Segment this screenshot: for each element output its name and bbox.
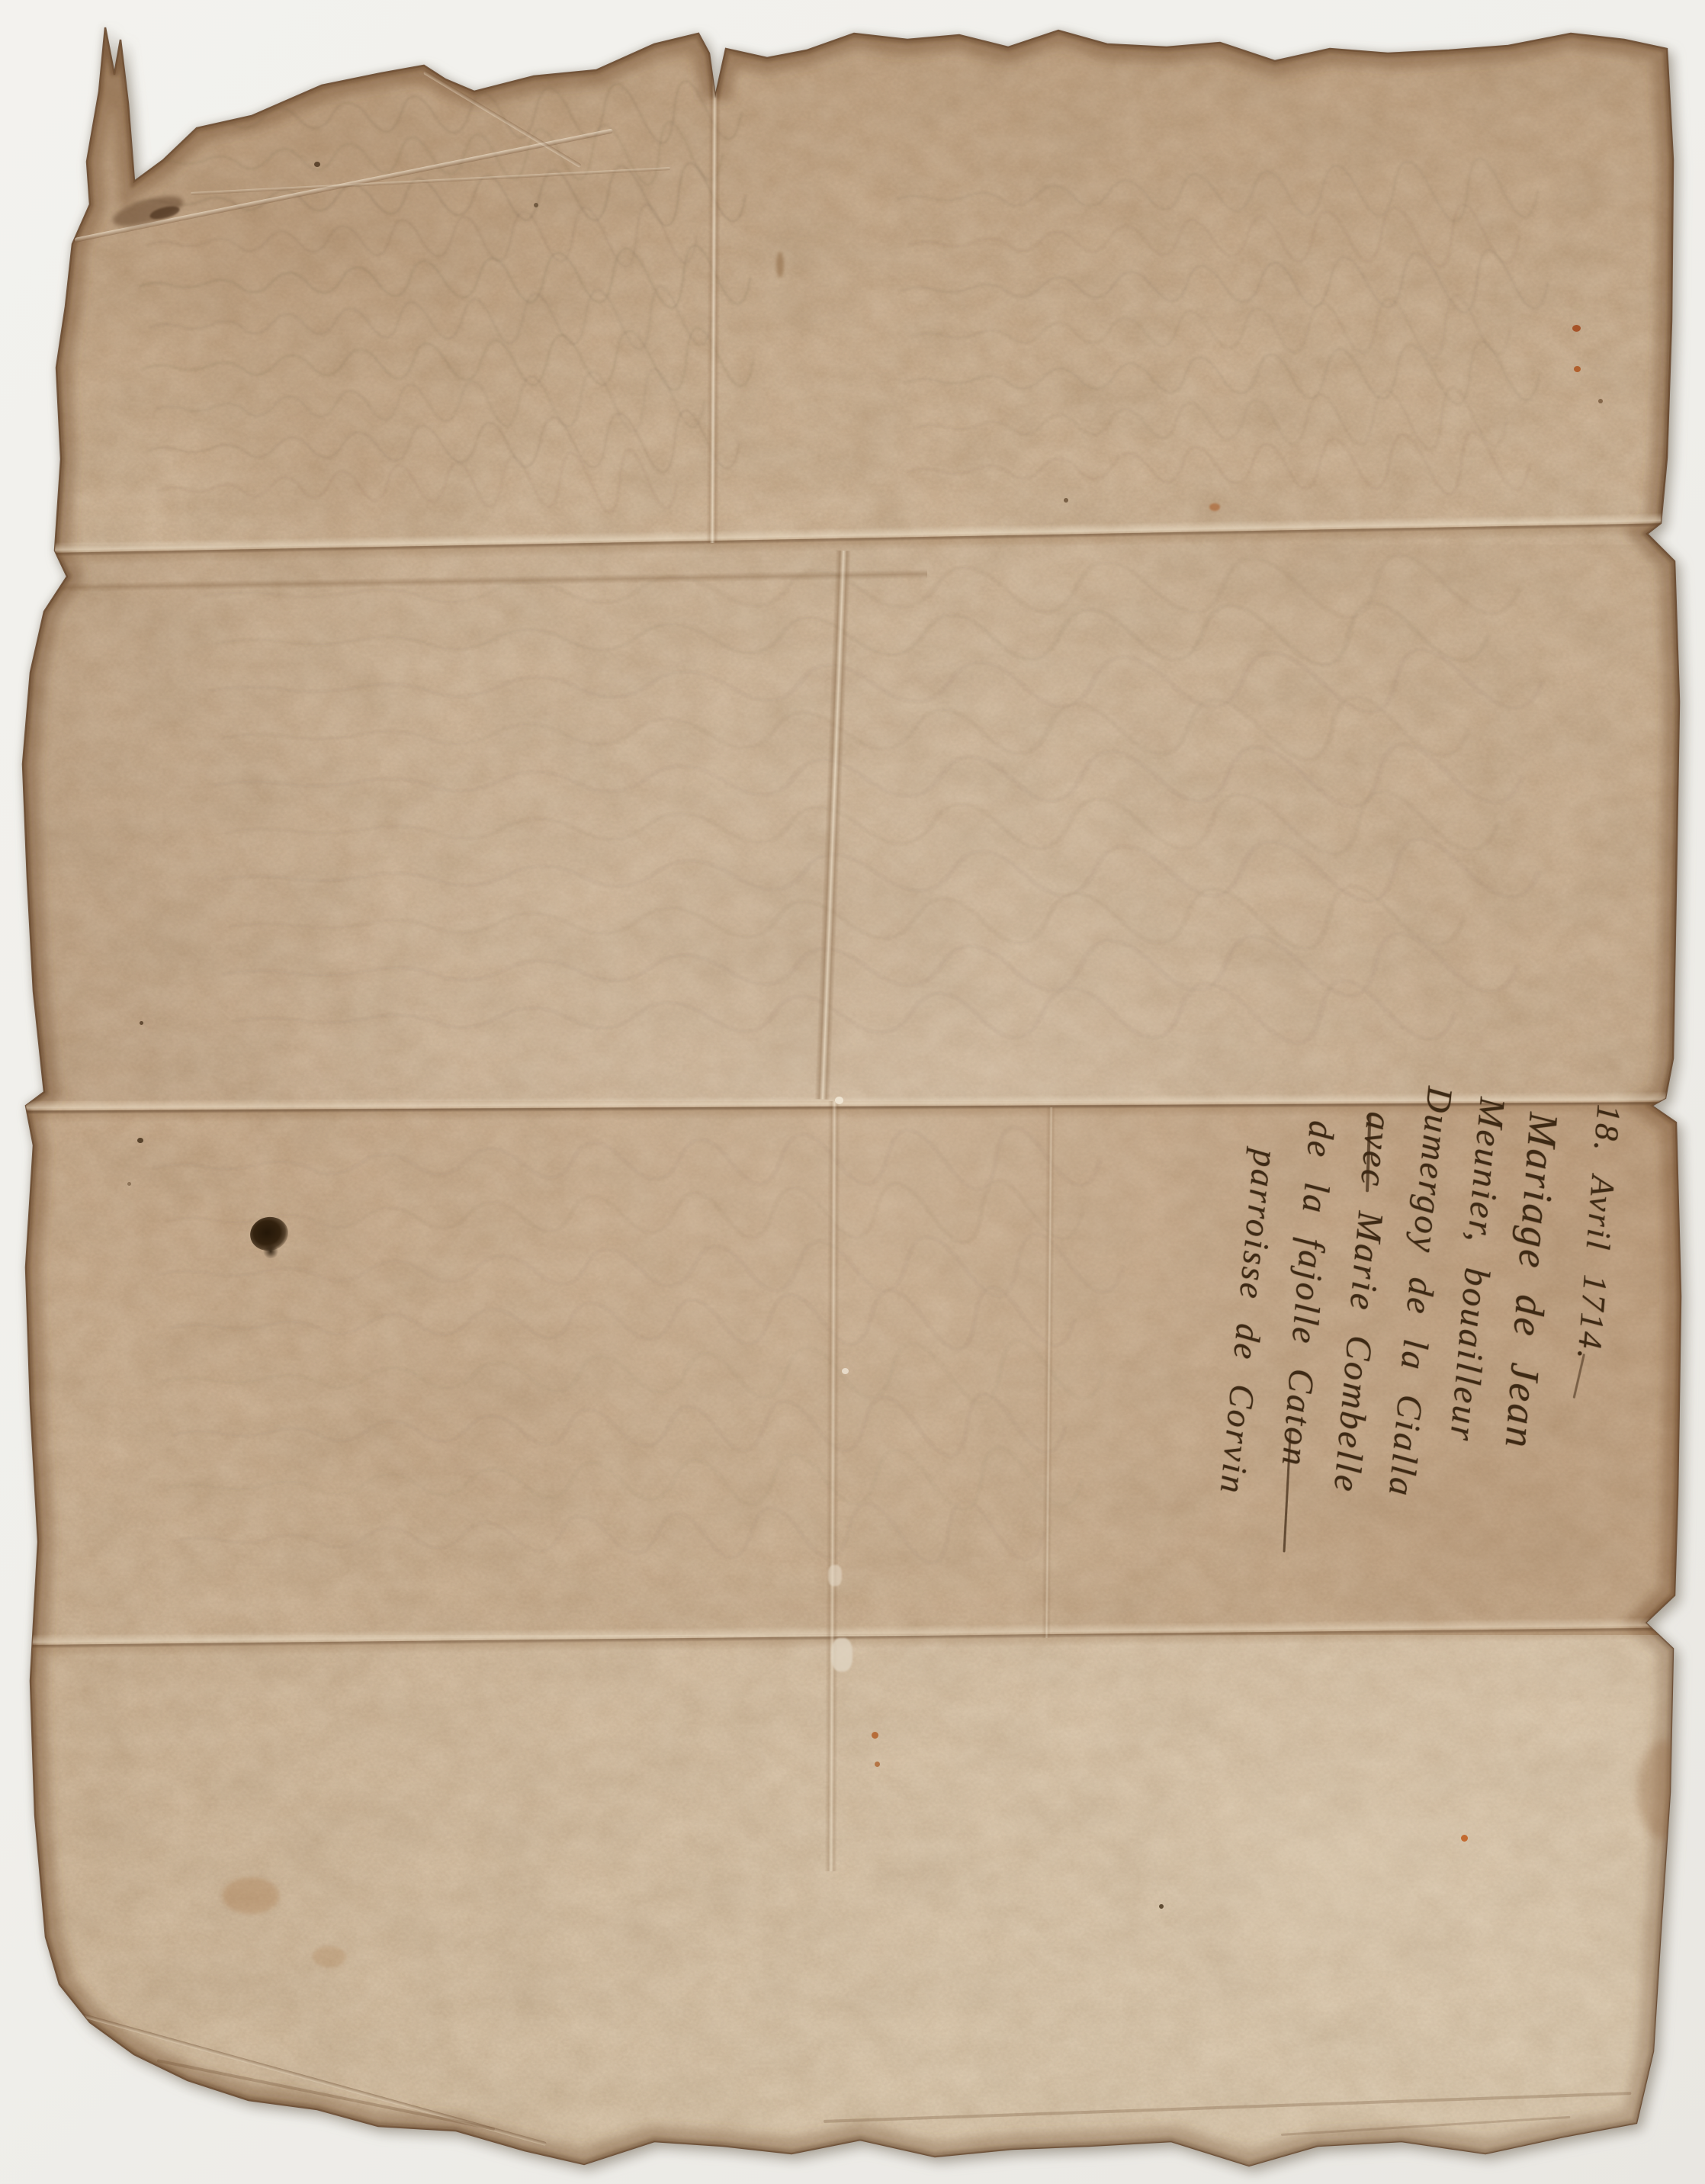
dark-speck — [1064, 498, 1068, 503]
dark-speck — [1598, 399, 1603, 403]
rust-patch — [313, 1946, 346, 1967]
white-fleck — [835, 1097, 843, 1104]
annotation-block: 18. Avril 1714. Mariage de Jean Meunier,… — [1194, 1066, 1639, 1603]
rust-speck — [875, 1762, 880, 1767]
rust-speck — [1461, 1835, 1468, 1842]
rust-patch — [223, 1877, 279, 1914]
dark-speck — [1159, 1904, 1164, 1909]
rust-speck — [872, 1732, 878, 1739]
wax-fleck — [828, 1565, 842, 1586]
paper-surface: 18. Avril 1714. Mariage de Jean Meunier,… — [0, 0, 1705, 2184]
wax-fleck — [831, 1638, 852, 1672]
dark-speck — [534, 203, 538, 207]
rust-speck — [1209, 503, 1220, 511]
white-fleck — [842, 1368, 849, 1374]
dark-speck — [140, 1021, 143, 1025]
manuscript-scan: 18. Avril 1714. Mariage de Jean Meunier,… — [0, 0, 1705, 2184]
dark-speck — [137, 1138, 143, 1143]
dark-speck — [127, 1182, 131, 1186]
rust-speck — [1574, 366, 1581, 372]
rust-speck — [1572, 325, 1581, 332]
brown-streak — [776, 252, 784, 278]
ink-blot — [262, 1245, 279, 1258]
dark-speck — [314, 162, 320, 167]
